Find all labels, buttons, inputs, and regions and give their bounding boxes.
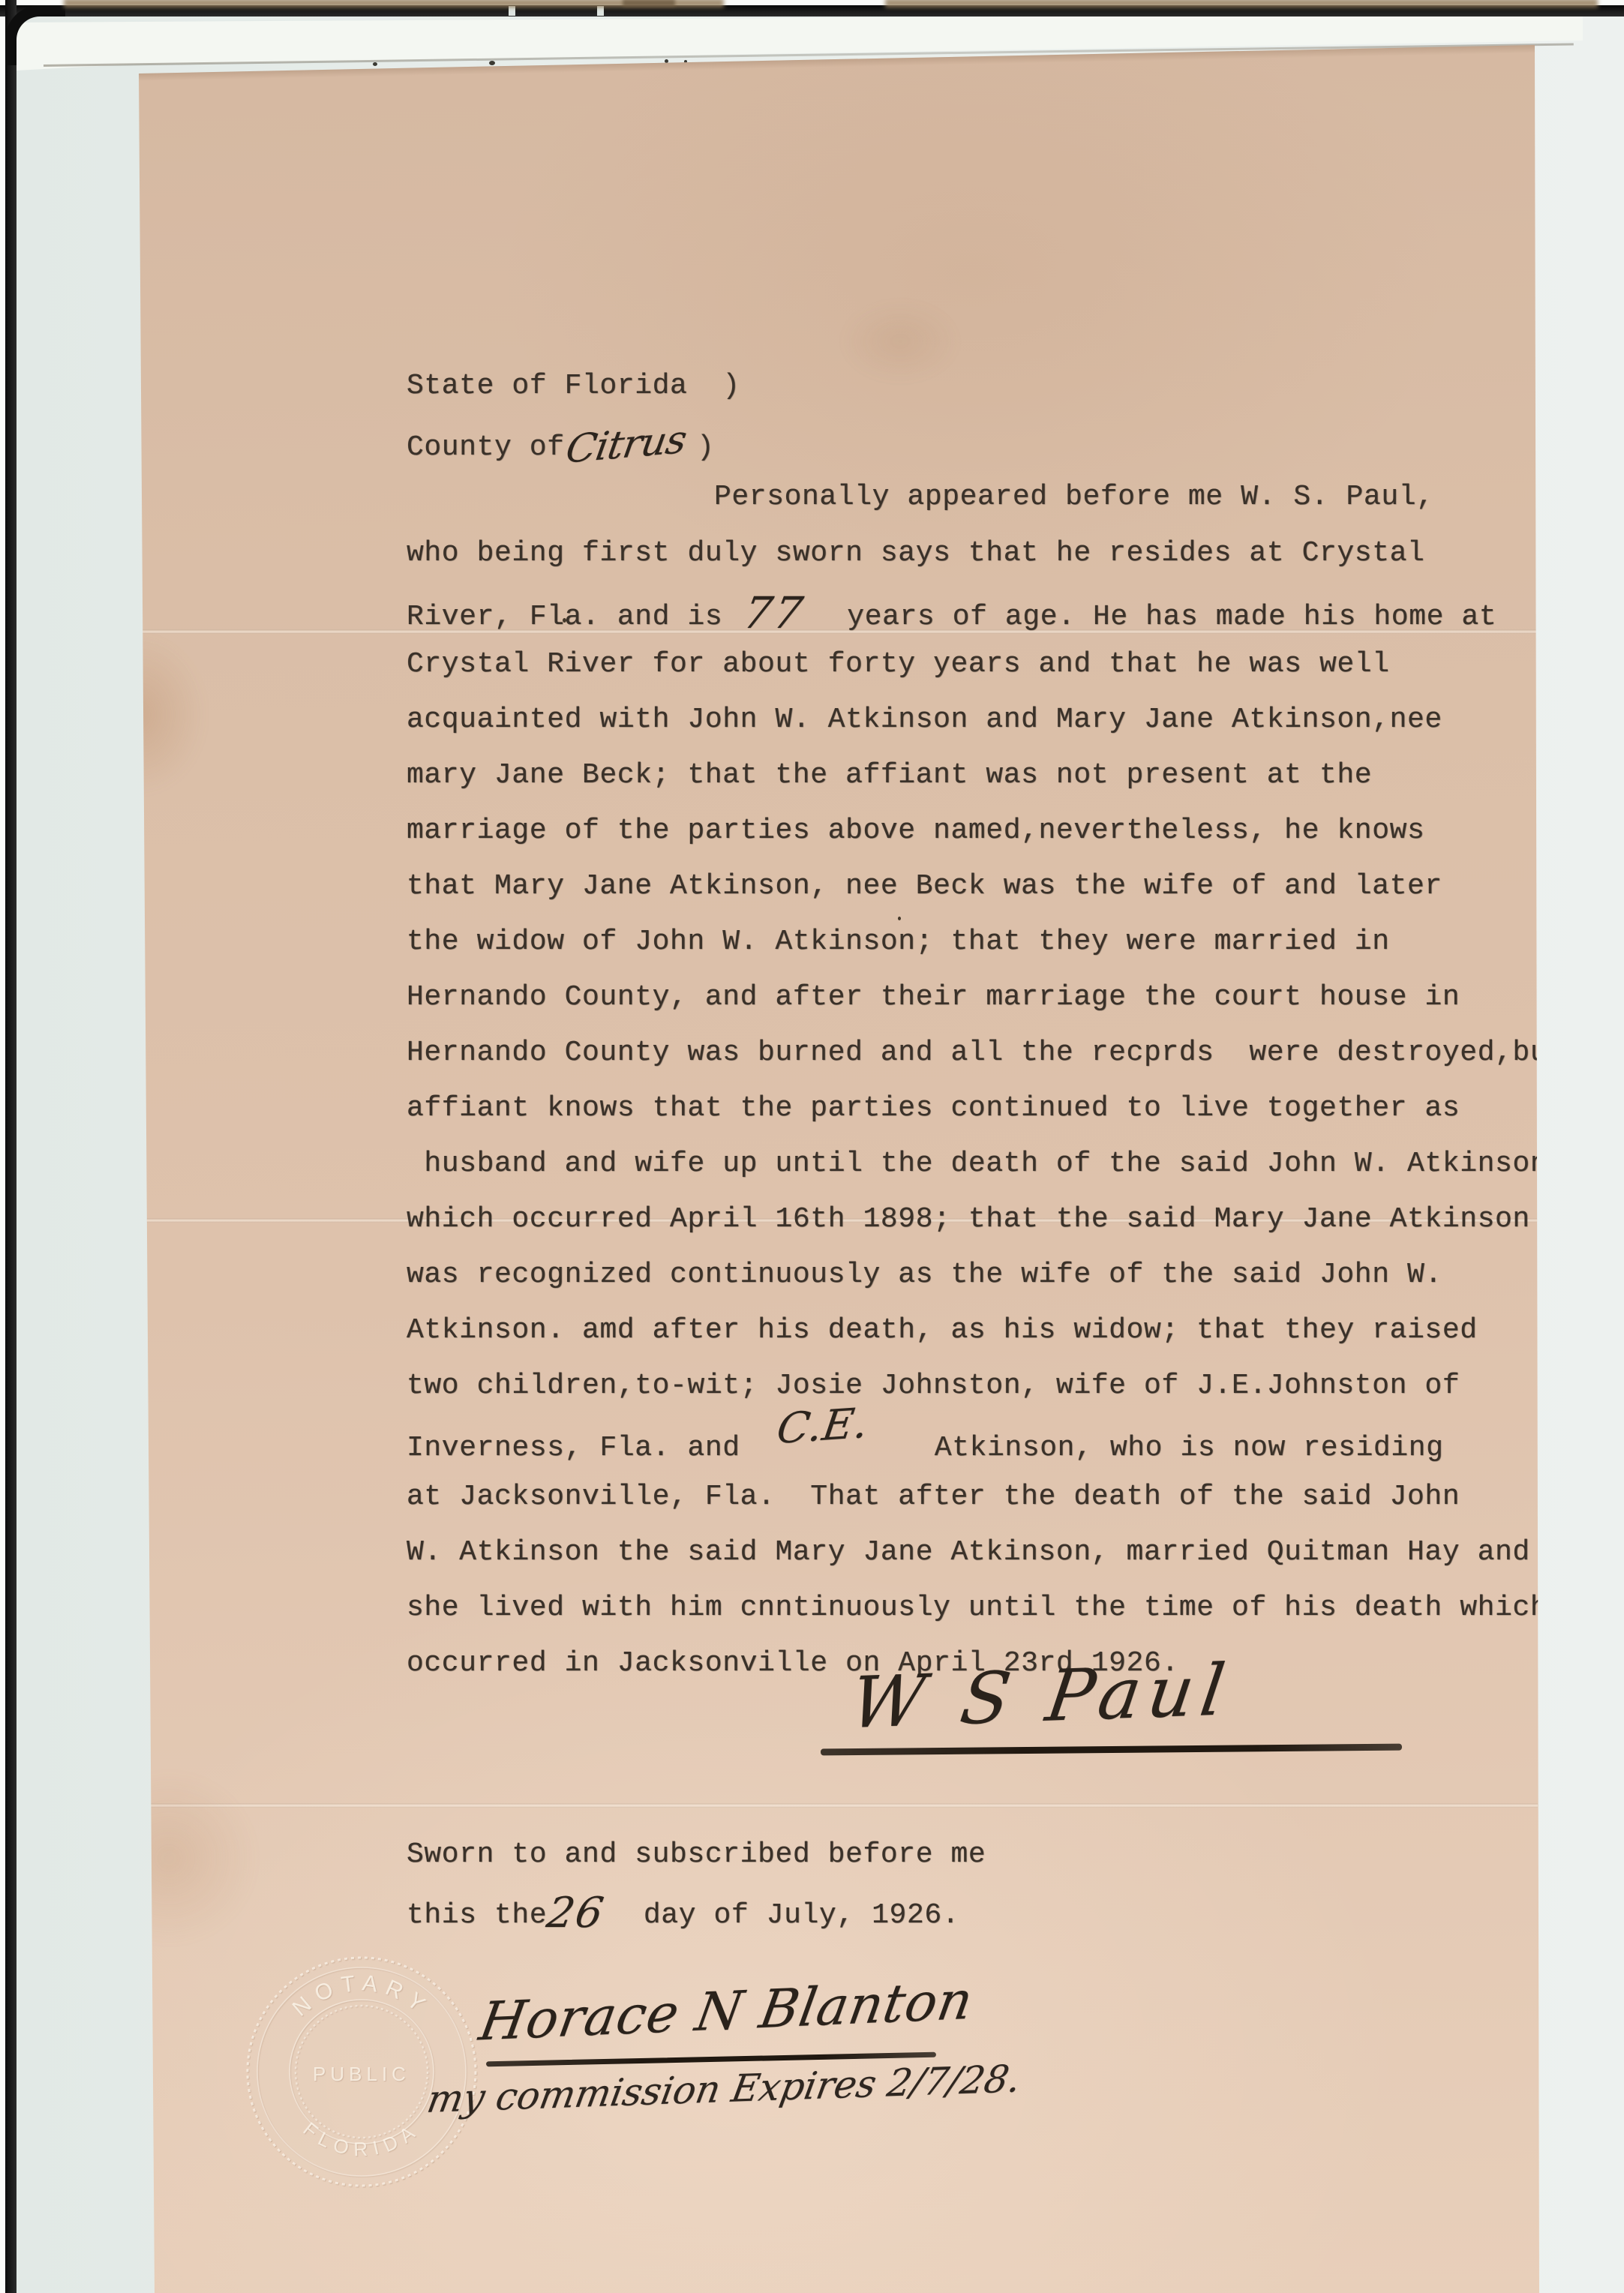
typed-line: she lived with him cnntinuously until th… xyxy=(407,1591,1547,1625)
typed-header-county: County ofCitrus) xyxy=(407,425,714,465)
typed-line: Inverness, Fla. and C.E.Atkinson, who is… xyxy=(407,1424,1444,1466)
top-fuzz xyxy=(623,0,675,7)
top-fuzz xyxy=(885,0,1598,8)
typed-line: Atkinson. amd after his death, as his wi… xyxy=(407,1313,1478,1348)
typed-line: two children,to-wit; Josie Johnston, wif… xyxy=(407,1369,1460,1403)
scan-frame-left xyxy=(5,0,17,2293)
speck xyxy=(373,62,377,66)
notary-signature-script: Horace N Blanton xyxy=(475,1969,977,2052)
notary-seal-emblem: NOTARY FLORIDA PUBLIC xyxy=(242,1952,482,2192)
typed-line: at Jacksonville, Fla. That after the dea… xyxy=(407,1480,1460,1514)
typed-opening-line: Personally appeared before me W. S. Paul… xyxy=(714,480,1434,515)
typed-header-state: State of Florida ) xyxy=(407,369,740,404)
typed-segment: Atkinson, who is now residing xyxy=(935,1432,1444,1464)
typed-line: Hernando County, and after their marriag… xyxy=(407,980,1460,1015)
stain xyxy=(840,300,960,383)
handwritten-day: 26 xyxy=(545,1896,607,1931)
jurat-line-1: Sworn to and subscribed before me xyxy=(407,1838,986,1872)
typed-segment: River, Fla. and is xyxy=(407,601,740,633)
affiant-signature-script: W S Paul xyxy=(845,1649,1237,1745)
typed-line: Crystal River for about forty years and … xyxy=(407,647,1390,682)
typed-segment: Inverness, Fla. and xyxy=(407,1432,758,1464)
jurat-line-2: this the26 day of July, 1926. xyxy=(407,1892,959,1933)
notary-commission-script: my commission Expires 2/7/28. xyxy=(424,2057,1024,2121)
typed-line: that Mary Jane Atkinson, nee Beck was th… xyxy=(407,869,1442,904)
typed-line: W. Atkinson the said Mary Jane Atkinson,… xyxy=(407,1535,1530,1570)
typed-line: mary Jane Beck; that the affiant was not… xyxy=(407,758,1372,793)
typed-line: husband and wife up until the death of t… xyxy=(407,1147,1547,1181)
fold-crease xyxy=(141,1803,1538,1808)
typed-line: was recognized continuously as the wife … xyxy=(407,1258,1442,1292)
typed-line: marriage of the parties above named,neve… xyxy=(407,814,1424,848)
document-scan: NOTARY FLORIDA PUBLIC State of Florida )… xyxy=(0,0,1624,2293)
typed-line: acquainted with John W. Atkinson and Mar… xyxy=(407,703,1442,737)
document-paper: NOTARY FLORIDA PUBLIC State of Florida )… xyxy=(0,0,1624,2293)
speck xyxy=(898,917,901,920)
typed-line: the widow of John W. Atkinson; that they… xyxy=(407,925,1390,959)
speck xyxy=(665,59,668,63)
handwritten-county: Citrus xyxy=(563,422,689,467)
typed-line: who being first duly sworn says that he … xyxy=(407,536,1424,571)
county-prefix: County of xyxy=(407,431,565,464)
typed-segment: years of age. He has made his home at xyxy=(812,601,1496,633)
signature-underline xyxy=(821,1744,1402,1756)
speck xyxy=(489,61,495,65)
jurat-line-2-pre: this the xyxy=(407,1899,547,1931)
typed-line: River, Fla. and is 77 years of age. He h… xyxy=(407,592,1496,635)
seal-center-text: PUBLIC xyxy=(313,2063,410,2085)
typed-line: which occurred April 16th 1898; that the… xyxy=(407,1202,1530,1237)
county-paren: ) xyxy=(697,431,714,464)
jurat-line-2-post: day of July, 1926. xyxy=(626,1899,960,1931)
typed-line: Hernando County was burned and all the r… xyxy=(407,1036,1565,1070)
handwritten-insert: 77 xyxy=(741,596,807,630)
typed-line: affiant knows that the parties continued… xyxy=(407,1091,1460,1126)
handwritten-insert: C.E. xyxy=(775,1406,871,1447)
